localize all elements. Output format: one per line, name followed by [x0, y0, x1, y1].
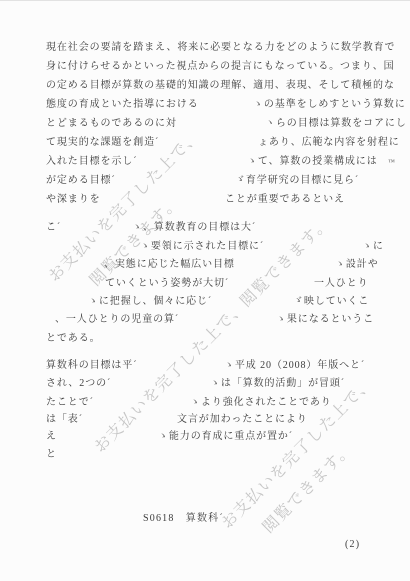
scanned-document-page: お支払いを完了した上で、閲覧できます。お支払いを完了した上で、閲覧できます。お支… [0, 0, 410, 581]
text-line-fragment: 現在社会の要請を踏まえ、将来に必要となる力をどのように数学教育で [46, 42, 395, 54]
text-line-fragment: たことでˊ [46, 397, 94, 409]
text-line-fragment: ゞ育学研究の目標に見らˊ [235, 175, 359, 187]
text-line-fragment: ゝに把握し、個々に応じˊ [88, 296, 212, 308]
text-line-fragment: 算数科の目標は平ˊ [46, 360, 137, 372]
page-number: (2) [345, 539, 360, 550]
text-line-fragment: ゝの基準をしめすという算数に [253, 99, 406, 111]
text-line-fragment: され、2つのˊ [46, 378, 111, 390]
text-line-fragment: ゝ果になるというこ [276, 314, 374, 326]
text-line-fragment: ゝは「算数的活動」が冒頭ˊ [210, 378, 345, 390]
text-line-fragment: ょあり、広範な内容を射程に [258, 137, 400, 149]
footer-document-code: S0618 算数科ˊ [143, 509, 224, 524]
text-line-fragment: や深まりを [46, 194, 101, 206]
text-line-fragment: こˊ [46, 222, 61, 234]
text-line-fragment: 文言が加わったことにより [177, 414, 308, 426]
text-line-fragment: ゝ能力の育成に重点が置かˊ [158, 431, 293, 443]
text-line-fragment: ™ [388, 156, 396, 168]
text-line-fragment: ヽらの目標は算数をコアにし [265, 118, 407, 130]
text-line-fragment: 身に付けらせるかといった視点からの提言にもなっている。つまり、国 [46, 61, 395, 73]
text-line-fragment: ゝ要領に示された目標にˊ [140, 241, 264, 253]
text-line-fragment: 態度の育成といた指導における [46, 99, 199, 111]
text-line-fragment: とどまるものであるのに対 [46, 118, 177, 130]
text-line-fragment: ゞ映していくこ [293, 296, 369, 308]
text-line-fragment: 、一人ひとりの児童の算ˊ [55, 314, 179, 326]
text-line-fragment: て現実的な課題を創造ˊ [46, 137, 159, 149]
text-line-fragment: ゝ設計や [335, 259, 379, 271]
text-line-fragment: が定める目標ˊ [46, 175, 116, 187]
text-line-fragment: ていくという姿勢が大切ˊ [105, 278, 229, 290]
text-line-fragment: 、実態に応じた幅広い目標 [104, 259, 235, 271]
text-line-fragment: の定める目標が算数の基礎的知識の理解、適用、表現、そして積極的な [46, 80, 395, 92]
text-line-fragment: とである。 [46, 333, 101, 345]
text-line-fragment: ゝより強化されたことであり [190, 397, 332, 409]
text-line-fragment: ゝ、算数教育の目標は大ˊ [132, 222, 256, 234]
payment-watermark: お支払いを完了した上で、閲覧できます。 [213, 366, 407, 560]
text-line-fragment: と [46, 449, 57, 461]
text-line-fragment: ことが重要であるといえ [225, 194, 345, 206]
text-line-fragment: ゝに [362, 241, 384, 253]
text-line-fragment: ゝ平成 20（2008）年版へとˊ [224, 360, 365, 372]
text-line-fragment: え [46, 431, 57, 443]
text-line-fragment: は「表ˊ [46, 414, 83, 426]
text-line-fragment: 一人ひとり [314, 278, 369, 290]
text-line-fragment: ゝて、算数の授業構成には [247, 156, 378, 168]
text-line-fragment: 入れた目標を示しˊ [46, 156, 137, 168]
watermark-text-line1: お支払いを完了した上で、 [213, 366, 384, 537]
